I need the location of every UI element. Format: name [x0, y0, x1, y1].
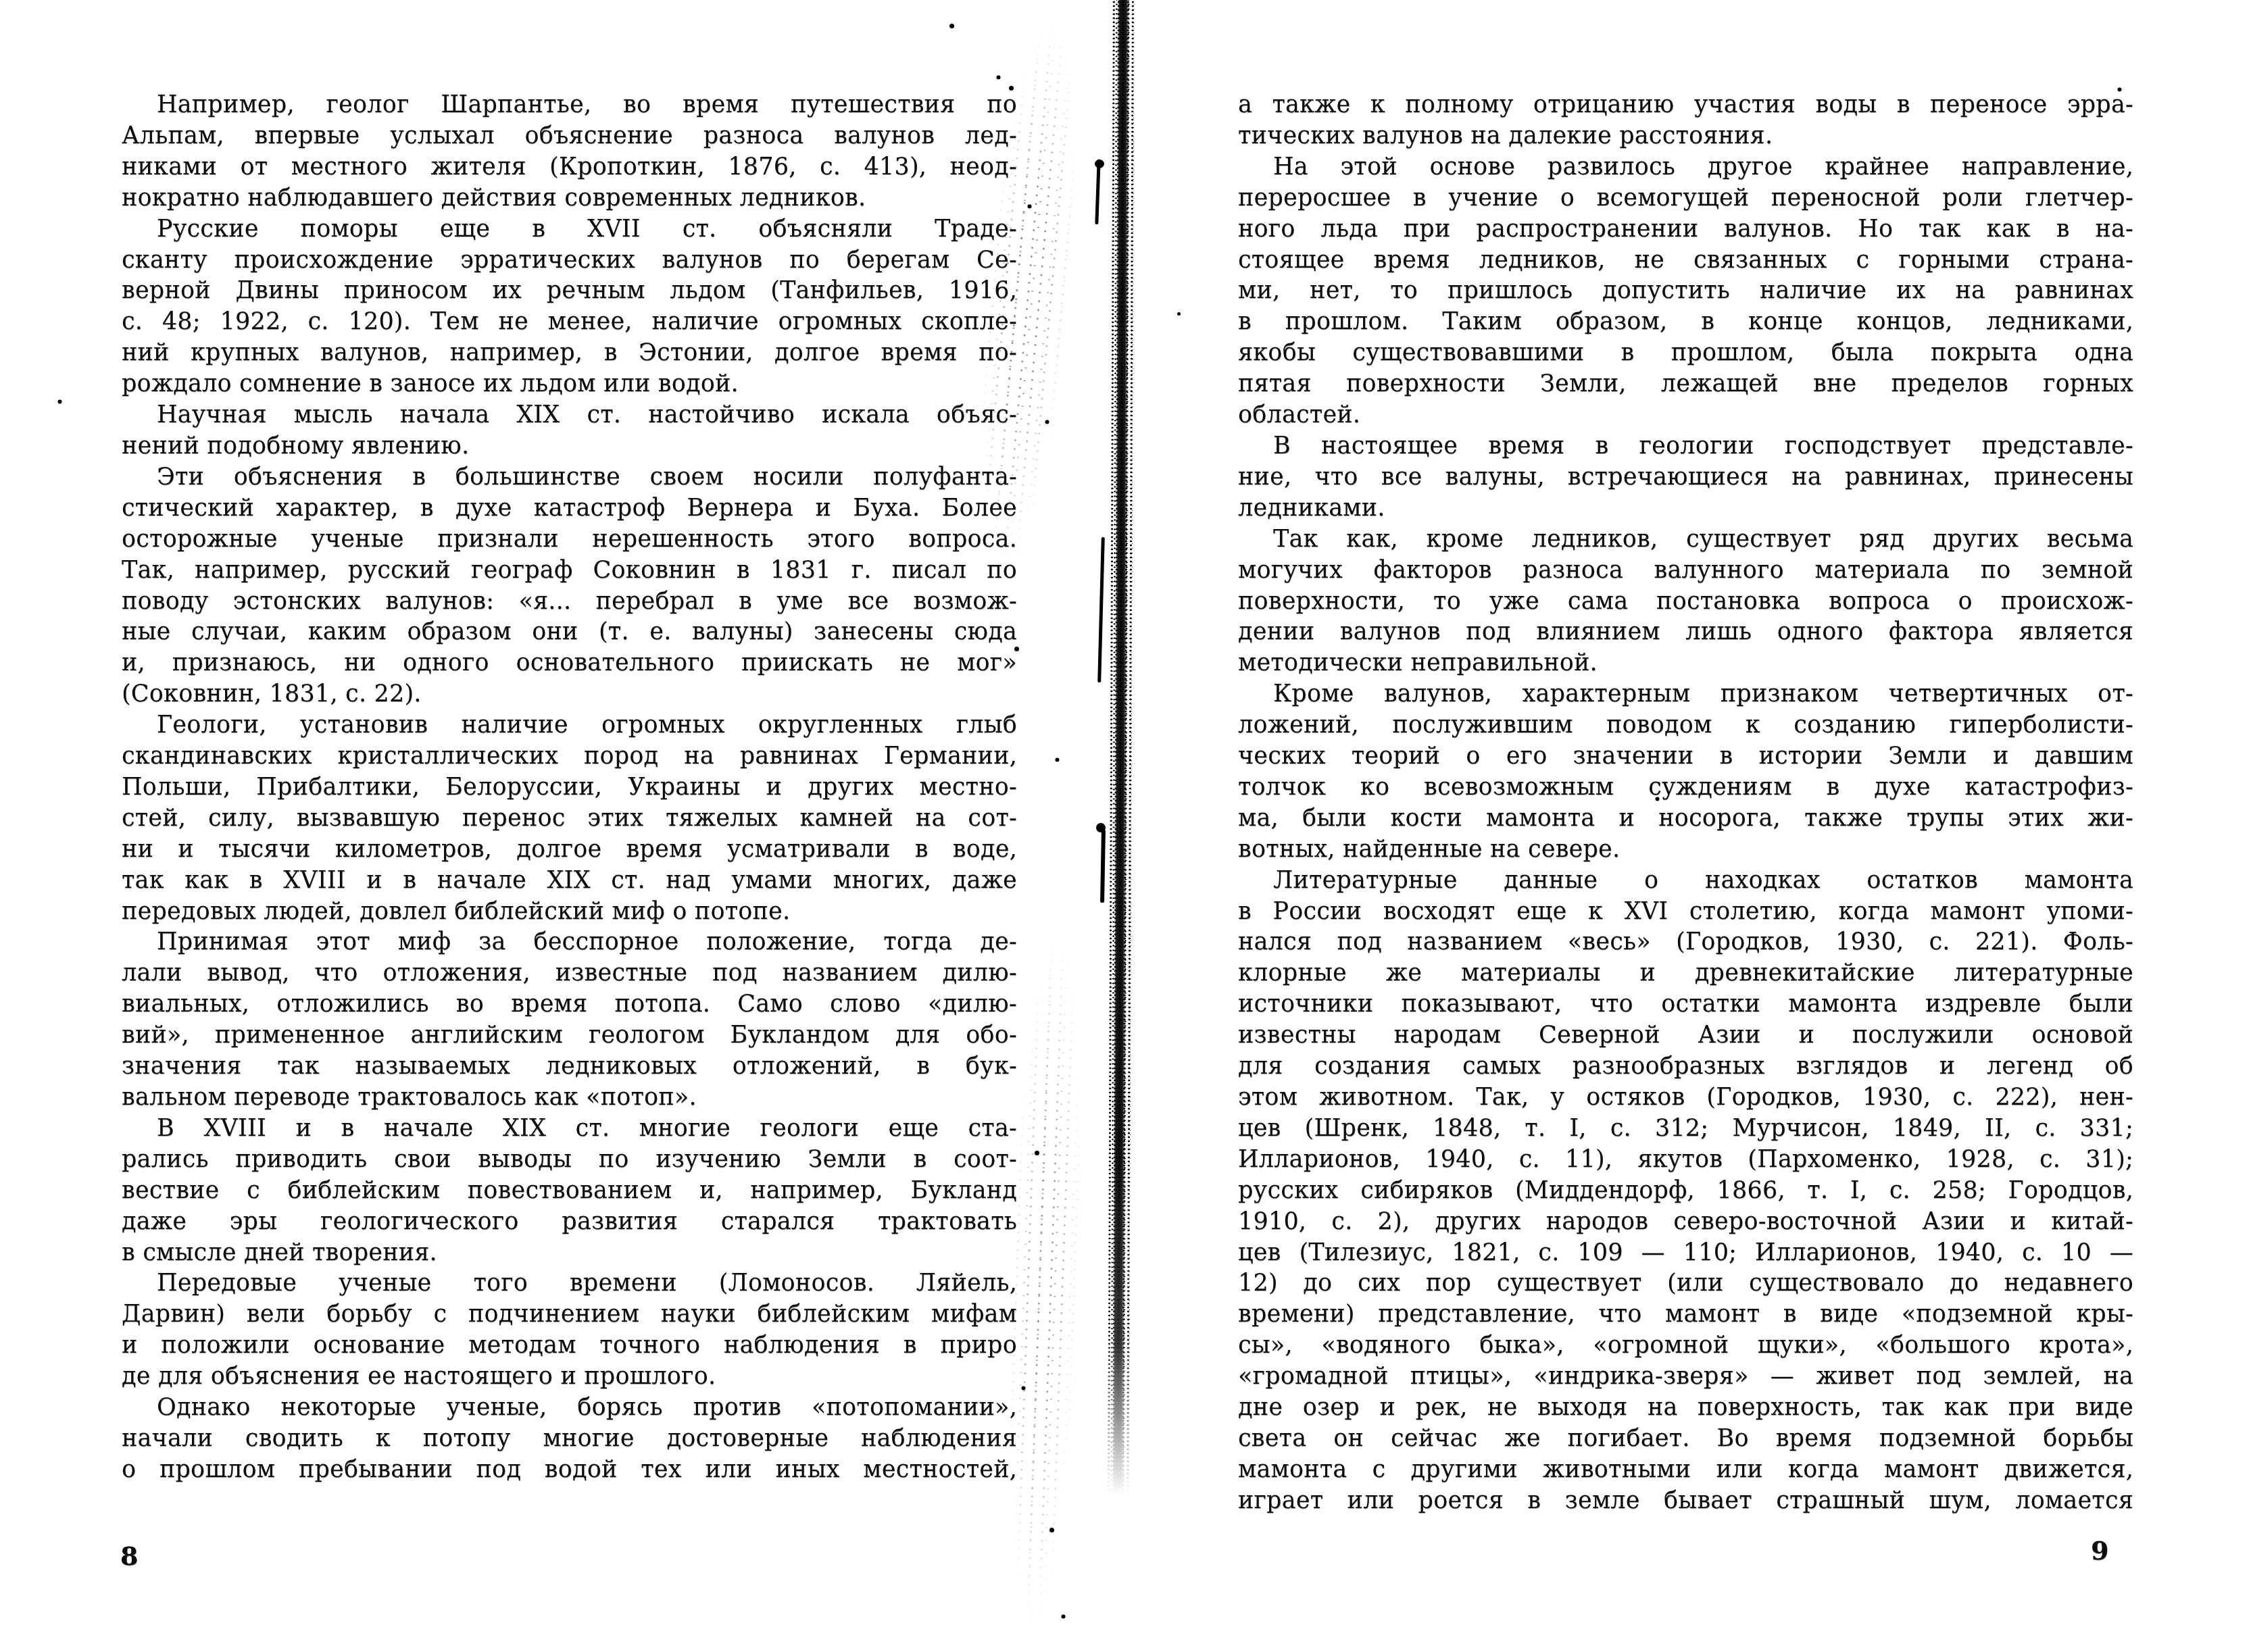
text-line: Литературные данные о находках остатков … — [1238, 866, 2133, 897]
paragraph: Кроме валунов, характерным признаком чет… — [1238, 679, 2133, 865]
text-line: тических валунов на далекие расстояния. — [1238, 121, 2133, 152]
text-line: этом животном. Так, у остяков (Городков,… — [1238, 1082, 2133, 1113]
text-line: нался под названием «весь» (Городков, 19… — [1238, 927, 2133, 958]
text-line: ческих теорий о его значении в истории З… — [1238, 741, 2133, 772]
text-line: цев (Шренк, 1848, т. I, с. 312; Мурчисон… — [1238, 1113, 2133, 1145]
scan-noise-streak — [1097, 537, 1105, 682]
text-line: вотных, найденные на севере. — [1238, 834, 2133, 866]
text-line: Передовые ученые того времени (Ломоносов… — [122, 1268, 1017, 1299]
text-line: Дарвин) вели борьбу с подчинением науки … — [122, 1299, 1017, 1330]
paragraph: Принимая этот миф за бесспорное положени… — [122, 927, 1017, 1113]
text-line: источники показывают, что остатки мамонт… — [1238, 989, 2133, 1020]
text-line: о прошлом пребывании под водой тех или и… — [122, 1455, 1017, 1486]
text-line: клорные же материалы и древнекитайские л… — [1238, 958, 2133, 989]
text-line: толчок ко всевозможным суждениям в духе … — [1238, 772, 2133, 803]
text-line: (Соковнин, 1831, с. 22). — [122, 679, 1017, 710]
text-line: никами от местного жителя (Кропоткин, 18… — [122, 152, 1017, 183]
text-line: значения так называемых ледниковых отлож… — [122, 1051, 1017, 1082]
scan-noise-dots — [0, 0, 3, 3]
paragraph: Однако некоторые ученые, борясь против «… — [122, 1393, 1017, 1486]
text-line: осторожные ученые признали нерешенность … — [122, 524, 1017, 555]
text-line: ного льда при распространении валунов. Н… — [1238, 214, 2133, 245]
text-line: ложений, послужившим поводом к созданию … — [1238, 710, 2133, 741]
text-line: Принимая этот миф за бесспорное положени… — [122, 927, 1017, 958]
book-scan-spread: Например, геолог Шарпантье, во время пут… — [0, 0, 2251, 1652]
text-line: виальных, отложились во время потопа. Са… — [122, 989, 1017, 1020]
text-line: пятая поверхности Земли, лежащей вне пре… — [1238, 369, 2133, 400]
text-line: играет или роется в земле бывает страшны… — [1238, 1486, 2133, 1517]
paragraph: Например, геолог Шарпантье, во время пут… — [122, 90, 1017, 214]
paragraph: На этой основе развилось другое крайнее … — [1238, 152, 2133, 431]
text-line: так как в XVIII и в начале XIX ст. над у… — [122, 866, 1017, 897]
text-line: цев (Тилезиус, 1821, с. 109 — 110; Иллар… — [1238, 1238, 2133, 1269]
text-line: стический характер, в духе катастроф Вер… — [122, 493, 1017, 524]
text-line: де для объяснения ее настоящего и прошло… — [122, 1361, 1017, 1393]
text-line: переросшее в учение о всемогущей перенос… — [1238, 183, 2133, 214]
text-line: начали сводить к потопу многие достоверн… — [122, 1424, 1017, 1455]
text-line: 1910, с. 2), других народов северо-восто… — [1238, 1207, 2133, 1238]
paragraph: Геологи, установив наличие огромных окру… — [122, 710, 1017, 927]
text-line: сы», «водяного быка», «огромной щуки», «… — [1238, 1330, 2133, 1361]
text-line: Кроме валунов, характерным признаком чет… — [1238, 679, 2133, 710]
text-line: скандинавских кристаллических пород на р… — [122, 741, 1017, 772]
text-line: в смысле дней творения. — [122, 1238, 1017, 1269]
scan-noise-streak — [1095, 159, 1100, 224]
text-line: даже эры геологического развития старалс… — [122, 1207, 1017, 1238]
text-line: Геологи, установив наличие огромных окру… — [122, 710, 1017, 741]
text-line: дне озер и рек, не выходя на поверхность… — [1238, 1393, 2133, 1424]
text-line: нений подобному явлению. — [122, 431, 1017, 462]
text-line: мамонта с другими животными или когда ма… — [1238, 1455, 2133, 1486]
text-line: В настоящее время в геологии господствуе… — [1238, 431, 2133, 462]
scan-noise-blob — [1095, 159, 1104, 168]
text-line: вий», примененное английским геологом Бу… — [122, 1020, 1017, 1051]
text-line: методически неправильной. — [1238, 648, 2133, 679]
text-line: Однако некоторые ученые, борясь против «… — [122, 1393, 1017, 1424]
text-line: в прошлом. Таким образом, в конце концов… — [1238, 307, 2133, 338]
paragraph: Передовые ученые того времени (Ломоносов… — [122, 1268, 1017, 1393]
paragraph: Литературные данные о находках остатков … — [1238, 866, 2133, 1517]
text-line: В XVIII и в начале XIX ст. многие геолог… — [122, 1113, 1017, 1145]
text-line: лали вывод, что отложения, известные под… — [122, 958, 1017, 989]
text-line: сканту происхождение эрратических валуно… — [122, 245, 1017, 276]
text-line: поверхности, то уже сама постановка вопр… — [1238, 586, 2133, 618]
text-line: русских сибиряков (Миддендорф, 1866, т. … — [1238, 1176, 2133, 1207]
text-line: областей. — [1238, 400, 2133, 431]
text-line: ледниками. — [1238, 493, 2133, 524]
page-left-text: Например, геолог Шарпантье, во время пут… — [122, 90, 1017, 1486]
text-line: ма, были кости мамонта и носорога, также… — [1238, 803, 2133, 834]
page-number-right: 9 — [2091, 1535, 2108, 1566]
text-line: передовых людей, довлел библейский миф о… — [122, 897, 1017, 928]
text-line: поводу эстонских валунов: «я... перебрал… — [122, 586, 1017, 618]
text-line: Например, геолог Шарпантье, во время пут… — [122, 90, 1017, 121]
text-line: ние, что все валуны, встречающиеся на ра… — [1238, 462, 2133, 493]
text-line: а также к полному отрицанию участия воды… — [1238, 90, 2133, 121]
text-line: На этой основе развилось другое крайнее … — [1238, 152, 2133, 183]
text-line: «громадной птицы», «индрика-зверя» — жив… — [1238, 1361, 2133, 1393]
text-line: ни и тысячи километров, долгое время усм… — [122, 834, 1017, 866]
paragraph: Так как, кроме ледников, существует ряд … — [1238, 524, 2133, 680]
text-line: Так как, кроме ледников, существует ряд … — [1238, 524, 2133, 555]
paragraph: Эти объяснения в большинстве своем носил… — [122, 462, 1017, 710]
text-line: ми, нет, то пришлось допустить наличие и… — [1238, 276, 2133, 307]
paragraph: Научная мысль начала XIX ст. настойчиво … — [122, 400, 1017, 462]
text-line: Альпам, впервые услыхал объяснение разно… — [122, 121, 1017, 152]
text-line: света он сейчас же погибает. Во время по… — [1238, 1424, 2133, 1455]
text-line: ний крупных валунов, например, в Эстонии… — [122, 338, 1017, 369]
text-line: для создания самых разнообразных взглядо… — [1238, 1051, 2133, 1082]
text-line: Илларионов, 1940, с. 11), якутов (Пархом… — [1238, 1145, 2133, 1176]
text-line: в России восходят еще к XVI столетию, ко… — [1238, 897, 2133, 928]
page-number-left: 8 — [120, 1541, 138, 1571]
text-line: времени) представление, что мамонт в вид… — [1238, 1299, 2133, 1330]
text-line: Русские поморы еще в XVII ст. объясняли … — [122, 214, 1017, 245]
text-line: известны народам Северной Азии и послужи… — [1238, 1020, 2133, 1051]
text-line: могучих факторов разноса валунного матер… — [1238, 555, 2133, 586]
text-line: 12) до сих пор существует (или существов… — [1238, 1268, 2133, 1299]
text-line: рождало сомнение в заносе их льдом или в… — [122, 369, 1017, 400]
text-line: с. 48; 1922, с. 120). Тем не менее, нали… — [122, 307, 1017, 338]
text-line: вальном переводе трактовалось как «потоп… — [122, 1082, 1017, 1113]
text-line: стей, силу, вызвавшую перенос этих тяжел… — [122, 803, 1017, 834]
paragraph: а также к полному отрицанию участия воды… — [1238, 90, 2133, 152]
paragraph: Русские поморы еще в XVII ст. объясняли … — [122, 214, 1017, 400]
text-line: Так, например, русский географ Соковнин … — [122, 555, 1017, 586]
text-line: дении валунов под влиянием лишь одного ф… — [1238, 617, 2133, 648]
paragraph: В XVIII и в начале XIX ст. многие геолог… — [122, 1113, 1017, 1269]
text-line: Польши, Прибалтики, Белоруссии, Украины … — [122, 772, 1017, 803]
text-line: Научная мысль начала XIX ст. настойчиво … — [122, 400, 1017, 431]
text-line: вествие с библейским повествованием и, н… — [122, 1176, 1017, 1207]
gutter-binding-shadow — [1106, 0, 1135, 1496]
text-line: и, признаюсь, ни одного основательного п… — [122, 648, 1017, 679]
text-line: якобы существовавшими в прошлом, была по… — [1238, 338, 2133, 369]
text-line: и положили основание методам точного наб… — [122, 1330, 1017, 1361]
page-right-text: а также к полному отрицанию участия воды… — [1238, 90, 2133, 1517]
text-line: стоящее время ледников, не связанных с г… — [1238, 245, 2133, 276]
text-line: ные случаи, каким образом они (т. е. вал… — [122, 617, 1017, 648]
scan-noise-streak — [1100, 830, 1106, 903]
paragraph: В настоящее время в геологии господствуе… — [1238, 431, 2133, 524]
text-line: Эти объяснения в большинстве своем носил… — [122, 462, 1017, 493]
text-line: рались приводить свои выводы по изучению… — [122, 1145, 1017, 1176]
scan-noise-blob — [1096, 823, 1106, 832]
text-line: нократно наблюдавшего действия современн… — [122, 183, 1017, 214]
text-line: верной Двины приносом их речным льдом (Т… — [122, 276, 1017, 307]
